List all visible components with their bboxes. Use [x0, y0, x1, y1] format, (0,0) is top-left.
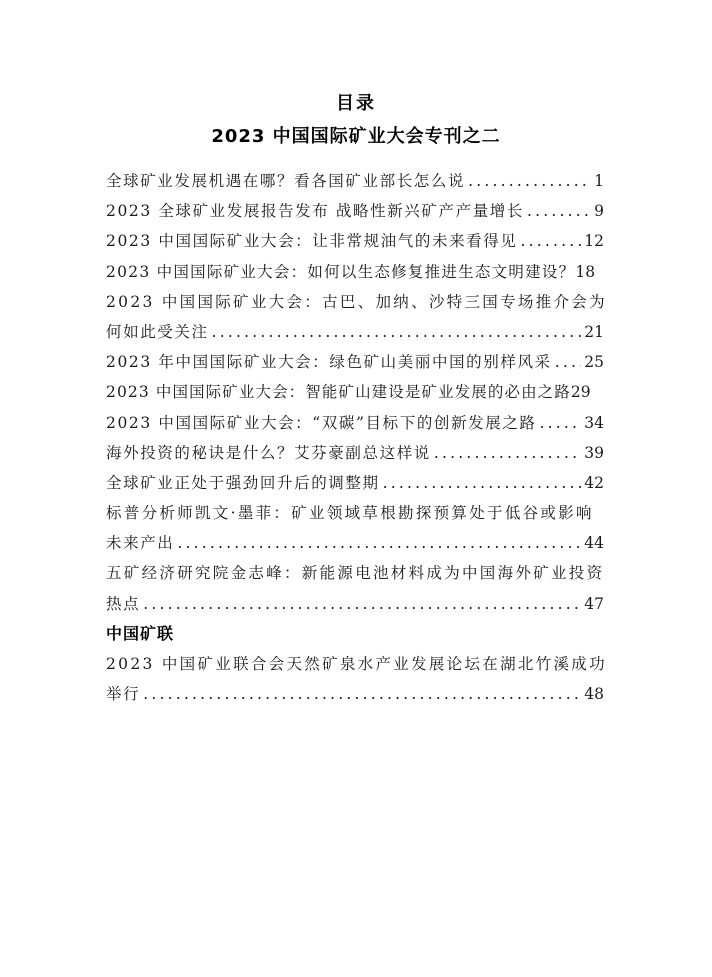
entry-page: 47	[584, 589, 604, 619]
dot-leader	[143, 589, 581, 619]
toc-entry[interactable]: 2023 中国国际矿业大会：古巴、加纳、沙特三国专场推介会为 何如此受关注21	[106, 287, 604, 347]
entry-title-line1: 2023 中国矿业联合会天然矿泉水产业发展论坛在湖北竹溪成功	[106, 649, 607, 679]
dot-leader	[434, 438, 581, 468]
dot-leader	[540, 408, 582, 438]
entry-title-line1: 五矿经济研究院金志峰：新能源电池材料成为中国海外矿业投资	[106, 558, 604, 588]
entry-title: 海外投资的秘诀是什么？艾芬豪副总这样说	[106, 438, 431, 468]
toc-entry[interactable]: 2023 中国国际矿业大会：“双碳”目标下的创新发展之路34	[106, 408, 604, 438]
entry-page: 9	[594, 196, 604, 226]
dot-leader	[143, 679, 581, 709]
toc-entry[interactable]: 2023 中国矿业联合会天然矿泉水产业发展论坛在湖北竹溪成功 举行48	[106, 649, 604, 709]
entry-title-line2: 何如此受关注	[106, 317, 209, 347]
entry-page: 21	[584, 317, 604, 347]
dot-leader	[212, 317, 582, 347]
entry-page: 18	[575, 257, 595, 287]
dot-leader	[527, 196, 591, 226]
toc-entry[interactable]: 2023 全球矿业发展报告发布 战略性新兴矿产产量增长9	[106, 196, 604, 226]
entry-page: 44	[584, 528, 604, 558]
entry-page: 39	[584, 438, 604, 468]
toc-entry[interactable]: 五矿经济研究院金志峰：新能源电池材料成为中国海外矿业投资 热点47	[106, 558, 604, 618]
entry-page: 48	[584, 679, 604, 709]
dot-leader	[520, 226, 581, 256]
toc-entry[interactable]: 全球矿业正处于强劲回升后的调整期42	[106, 468, 604, 498]
entry-page: 1	[594, 166, 604, 196]
issue-subtitle: 2023 中国国际矿业大会专刊之二	[0, 122, 712, 148]
entry-title: 全球矿业发展机遇在哪？看各国矿业部长怎么说	[106, 166, 465, 196]
entry-page: 25	[584, 347, 604, 377]
toc-entry[interactable]: 2023 年中国国际矿业大会：绿色矿山美丽中国的别样风采25	[106, 347, 604, 377]
toc-entry[interactable]: 2023 中国国际矿业大会：如何以生态修复推进生态文明建设？18	[106, 257, 604, 287]
toc-entry[interactable]: 2023 中国国际矿业大会：智能矿山建设是矿业发展的必由之路29	[106, 377, 604, 407]
entry-page: 12	[584, 226, 604, 256]
entry-title: 2023 中国国际矿业大会：智能矿山建设是矿业发展的必由之路	[106, 377, 571, 407]
entry-title-line1: 标普分析师凯文·墨菲：矿业领域草根勘探预算处于低谷或影响	[106, 498, 604, 528]
toc-entry[interactable]: 全球矿业发展机遇在哪？看各国矿业部长怎么说1	[106, 166, 604, 196]
toc-entry[interactable]: 2023 中国国际矿业大会：让非常规油气的未来看得见12	[106, 226, 604, 256]
toc-entry[interactable]: 海外投资的秘诀是什么？艾芬豪副总这样说39	[106, 438, 604, 468]
entry-title-line1: 2023 中国国际矿业大会：古巴、加纳、沙特三国专场推介会为	[106, 287, 607, 317]
entry-title-line2: 热点	[106, 589, 140, 619]
dot-leader	[555, 347, 582, 377]
dot-leader	[177, 528, 581, 558]
entry-page: 34	[584, 408, 604, 438]
entry-title: 2023 中国国际矿业大会：“双碳”目标下的创新发展之路	[106, 408, 537, 438]
entry-title-line2: 举行	[106, 679, 140, 709]
entry-title: 全球矿业正处于强劲回升后的调整期	[106, 468, 380, 498]
entry-title: 2023 中国国际矿业大会：让非常规油气的未来看得见	[106, 226, 517, 256]
dot-leader	[383, 468, 582, 498]
toc-page: 目录 2023 中国国际矿业大会专刊之二 全球矿业发展机遇在哪？看各国矿业部长怎…	[0, 0, 712, 977]
section-heading: 中国矿联	[106, 619, 604, 649]
entry-title: 2023 中国国际矿业大会：如何以生态修复推进生态文明建设？	[106, 257, 575, 287]
entry-title: 2023 年中国国际矿业大会：绿色矿山美丽中国的别样风采	[106, 347, 552, 377]
toc-entry[interactable]: 标普分析师凯文·墨菲：矿业领域草根勘探预算处于低谷或影响 未来产出44	[106, 498, 604, 558]
entry-title: 2023 全球矿业发展报告发布 战略性新兴矿产产量增长	[106, 196, 524, 226]
entry-title-line2: 未来产出	[106, 528, 174, 558]
table-of-contents: 全球矿业发展机遇在哪？看各国矿业部长怎么说1 2023 全球矿业发展报告发布 战…	[106, 166, 604, 709]
entry-page: 29	[571, 377, 591, 407]
dot-leader	[468, 166, 591, 196]
toc-heading: 目录	[0, 89, 712, 115]
entry-page: 42	[584, 468, 604, 498]
